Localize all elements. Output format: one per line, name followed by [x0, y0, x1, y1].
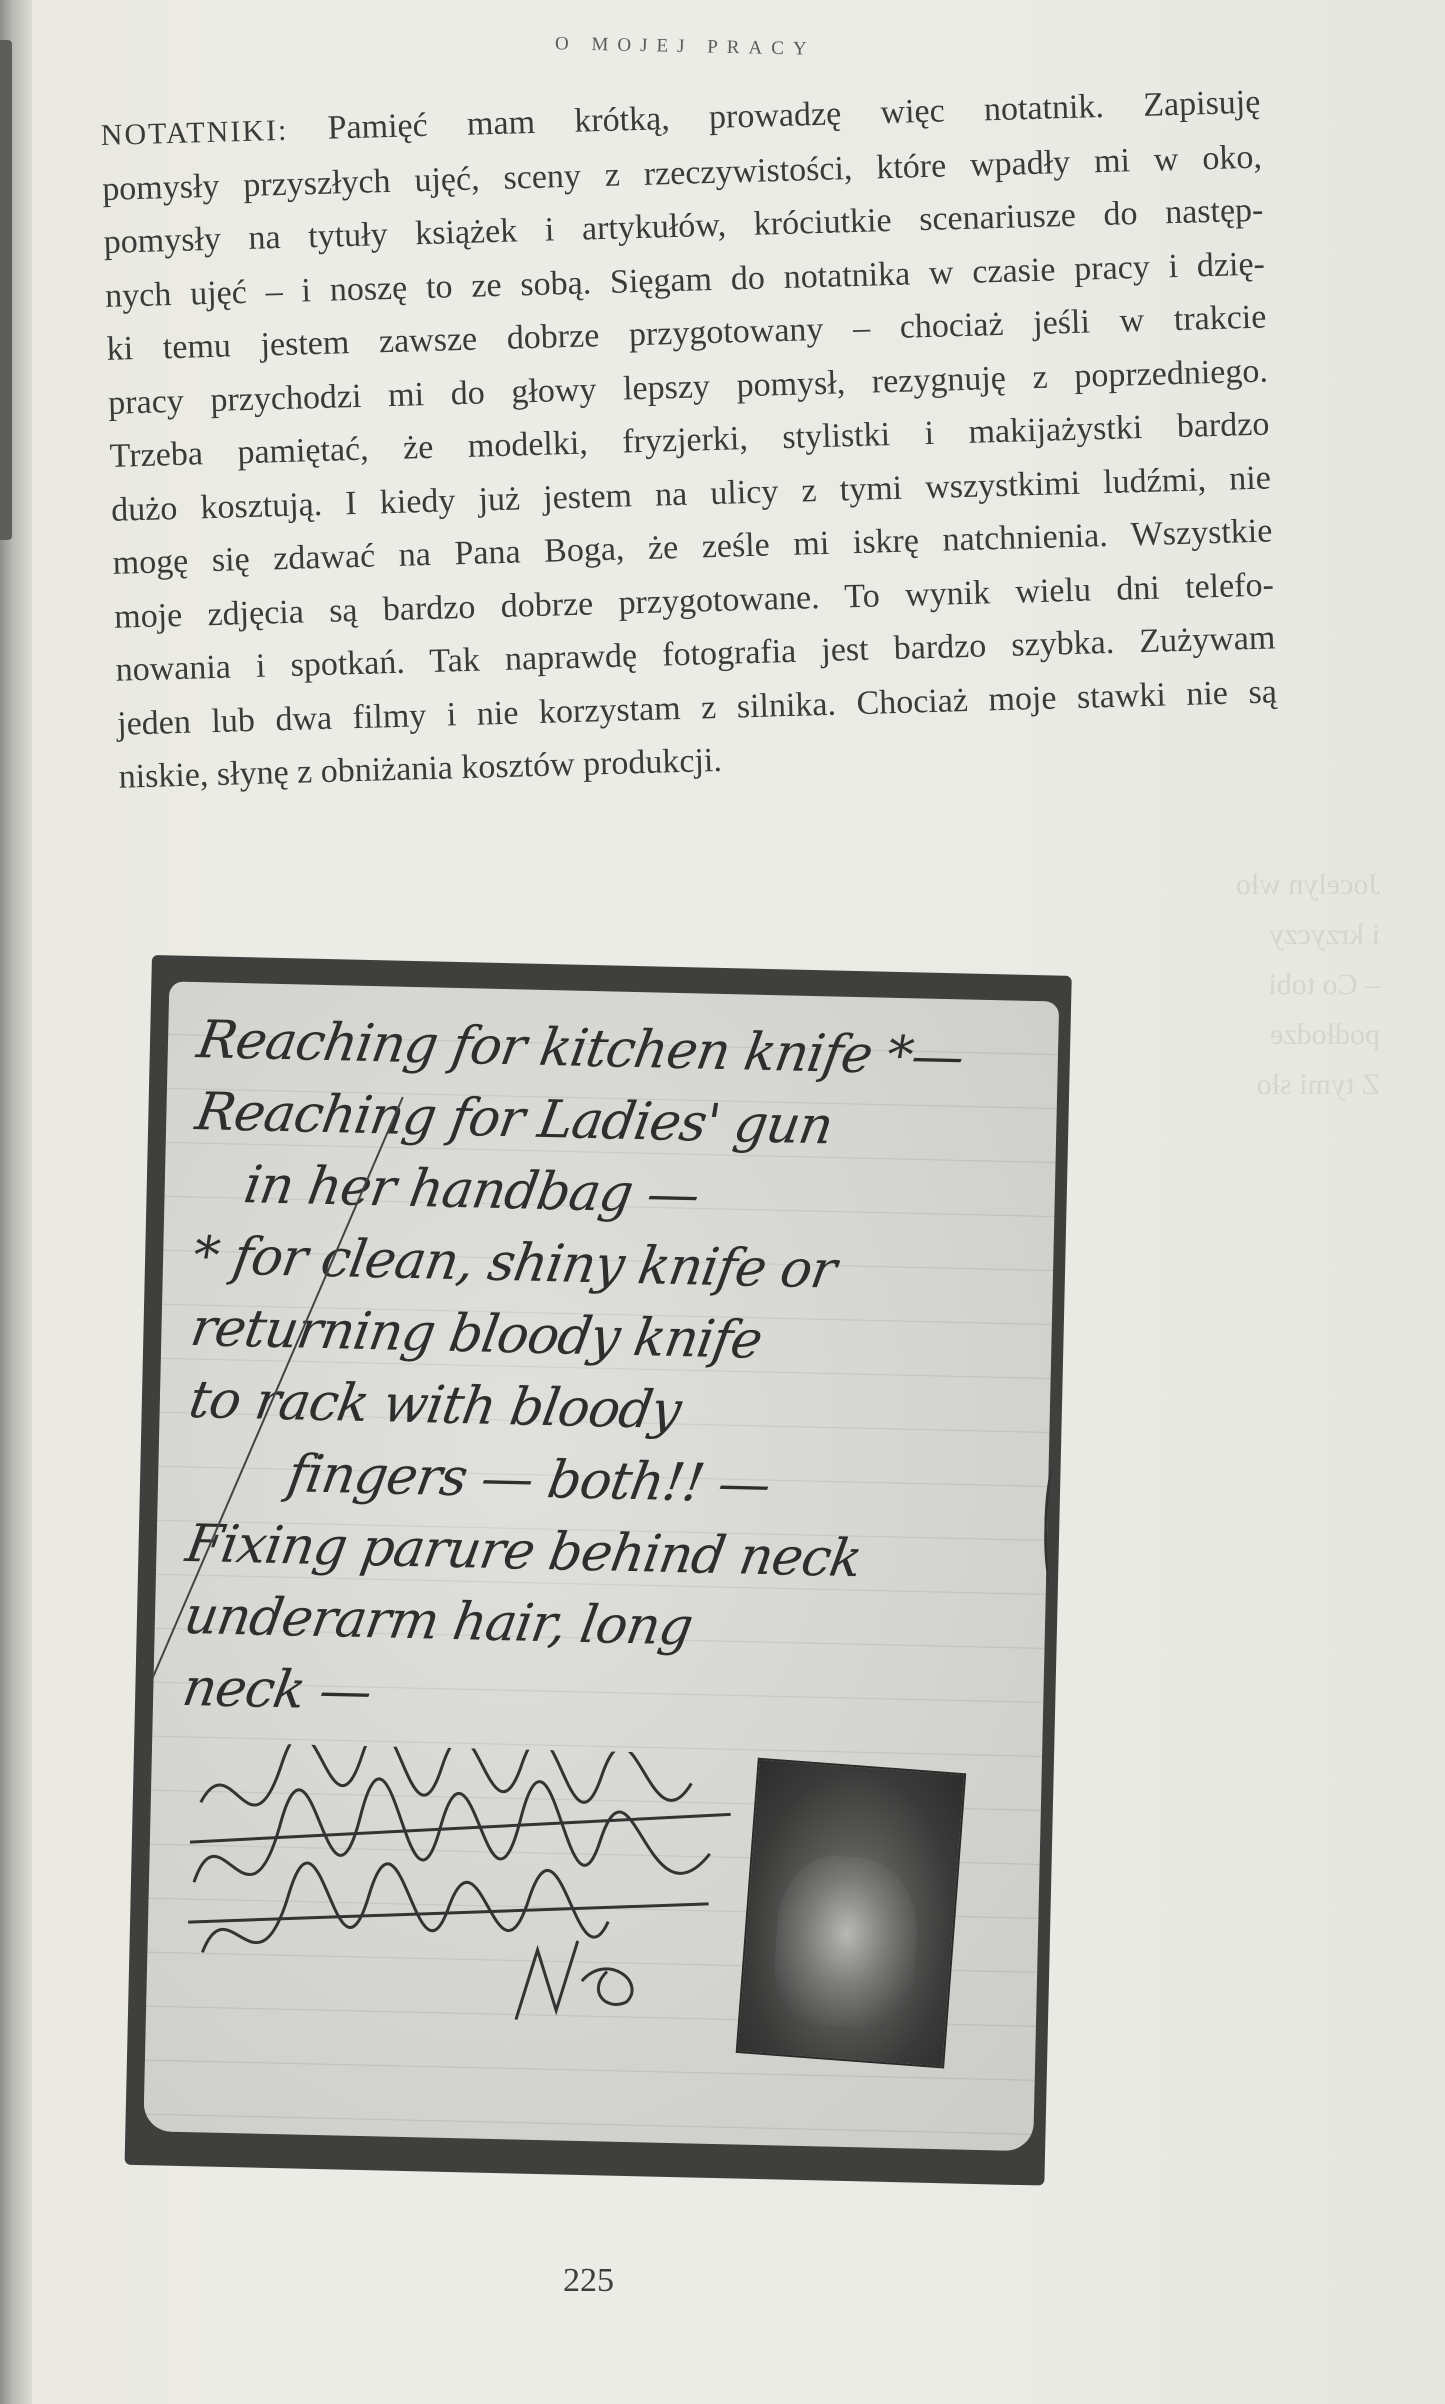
handwritten-line: neck —	[178, 1658, 375, 1722]
body-paragraph: NOTATNIKI: Pamięć mam krótką, prowadzę w…	[100, 76, 1279, 805]
adjacent-page-edge	[0, 0, 32, 2404]
handwritten-line: returning bloody knife	[187, 1298, 766, 1371]
running-head: O MOJEJ PRACY	[555, 33, 816, 60]
handwritten-line: * for clean, shiny knife or	[188, 1226, 840, 1300]
handwritten-line: Reaching for kitchen knife *—	[193, 1010, 968, 1087]
attached-snapshot	[736, 1758, 967, 2069]
handwritten-line: Fixing parure behind neck	[182, 1514, 866, 1589]
notebook-photograph: Reaching for kitchen knife *— Reaching f…	[124, 955, 1081, 2196]
page-number: 225	[563, 2262, 614, 2300]
bleed-through-text: Jocelyn wło i krzyczy – Co tobi podłodze…	[1180, 860, 1380, 1110]
notebook-page: Reaching for kitchen knife *— Reaching f…	[143, 981, 1059, 2151]
scribbled-out-text	[186, 1742, 752, 2035]
handwritten-line: Reaching for Ladies' gun	[192, 1082, 837, 1156]
section-lead-in: NOTATNIKI:	[100, 114, 288, 152]
handwritten-line: in her handbag —	[240, 1155, 703, 1225]
handwritten-line: underarm hair, long	[180, 1586, 696, 1657]
handwritten-line: fingers — both!! —	[283, 1444, 774, 1515]
